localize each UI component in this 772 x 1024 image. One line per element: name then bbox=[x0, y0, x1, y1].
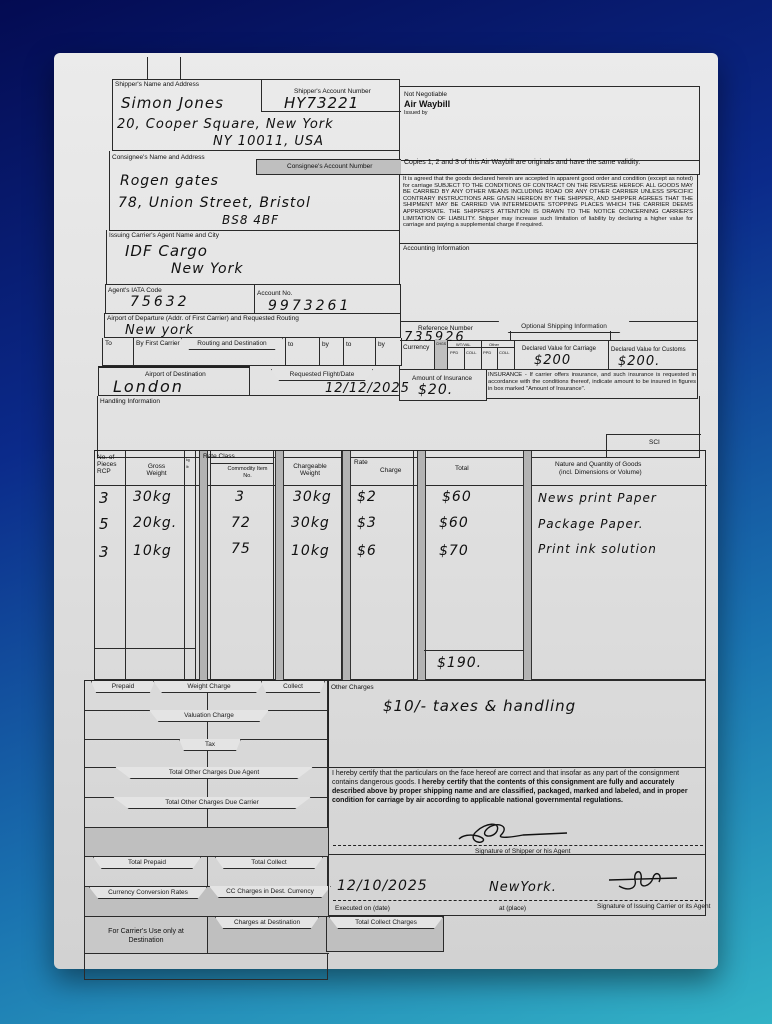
total-collect-tab: Total Collect bbox=[215, 857, 323, 869]
cell-total[interactable]: $70 bbox=[439, 543, 469, 559]
col-divider bbox=[195, 451, 196, 681]
divider bbox=[254, 284, 255, 313]
charges-section: Prepaid Weight Charge Collect Valuation … bbox=[84, 680, 328, 980]
cell-gross[interactable]: 30kg bbox=[133, 489, 172, 505]
currency-row: Currency CHGS WT/VAL Other PPD COLL PPD … bbox=[400, 340, 698, 370]
divider bbox=[481, 340, 482, 369]
divider bbox=[285, 338, 286, 365]
total-prepaid-tab: Total Prepaid bbox=[93, 857, 201, 869]
tax-tab: Tax bbox=[179, 739, 241, 751]
consignee-label: Consignee's Name and Address bbox=[112, 154, 205, 161]
total-collect-charges-cell: Total Collect Charges bbox=[326, 916, 444, 952]
header-total: Total bbox=[455, 465, 469, 472]
rate-class-divider bbox=[210, 463, 273, 464]
chgs-cell: CHGS bbox=[434, 340, 448, 369]
cell-pieces[interactable]: 3 bbox=[99, 489, 110, 507]
collect-tab: Collect bbox=[261, 681, 325, 693]
conditions-text: It is agreed that the goods declared her… bbox=[403, 176, 693, 229]
agent-label: Issuing Carrier's Agent Name and City bbox=[109, 232, 219, 239]
departure-label: Airport of Departure (Addr. of First Car… bbox=[107, 315, 299, 322]
gray-bar bbox=[523, 451, 532, 681]
consignee-address-line1[interactable]: 78, Union Street, Bristol bbox=[118, 195, 311, 211]
header-nature-sub: (incl. Dimensions or Volume) bbox=[559, 469, 642, 476]
executed-date[interactable]: 12/10/2025 bbox=[337, 878, 428, 894]
declared-carriage-value[interactable]: $200 bbox=[534, 353, 571, 368]
header-rate-class: Rate Class bbox=[203, 453, 235, 460]
destination-value[interactable]: London bbox=[113, 377, 184, 396]
conditions-box: It is agreed that the goods declared her… bbox=[400, 174, 698, 244]
awb-title: Air Waybill bbox=[404, 99, 450, 109]
binder-mark bbox=[180, 57, 181, 79]
divider bbox=[464, 347, 465, 369]
shipper-account-value[interactable]: HY73221 bbox=[284, 94, 359, 112]
accounting-info-box: Accounting Information bbox=[400, 243, 698, 322]
shipper-address-line2[interactable]: NY 10011, USA bbox=[213, 134, 324, 149]
wtval-coll: COLL bbox=[466, 349, 476, 356]
flight-date-tab: Requested Flight/Date bbox=[271, 369, 373, 381]
other-charges-carrier-tab: Total Other Charges Due Carrier bbox=[113, 797, 311, 809]
consignee-address-line2[interactable]: BS8 4BF bbox=[222, 213, 279, 227]
currency-label: Currency bbox=[403, 344, 429, 351]
cell-pieces[interactable]: 5 bbox=[99, 515, 110, 533]
cc-charges-tab: CC Charges in Dest. Currency bbox=[209, 886, 331, 898]
cell-chargeable[interactable]: 30kg bbox=[293, 489, 332, 505]
agent-section: Issuing Carrier's Agent Name and City ID… bbox=[106, 230, 400, 285]
cell-chargeable[interactable]: 30kg bbox=[291, 515, 330, 531]
other-charges-value[interactable]: $10/- taxes & handling bbox=[383, 697, 576, 715]
iata-code[interactable]: 75632 bbox=[130, 294, 190, 310]
header-pieces: No. of Pieces RCP bbox=[97, 454, 125, 475]
cell-commodity[interactable]: 75 bbox=[231, 541, 251, 557]
other-charges-box: Other Charges $10/- taxes & handling bbox=[328, 680, 706, 768]
insurance-note-box: INSURANCE - If carrier offers insurance,… bbox=[486, 369, 698, 399]
agent-city[interactable]: New York bbox=[171, 261, 243, 277]
carrier-use-cell: For Carrier's Use only at Destination bbox=[85, 917, 207, 953]
carrier-use-label: For Carrier's Use only at Destination bbox=[93, 927, 199, 945]
insurance-note: INSURANCE - If carrier offers insurance,… bbox=[488, 372, 696, 393]
agent-account-value[interactable]: 9973261 bbox=[268, 298, 351, 314]
routing-to2: to bbox=[288, 341, 293, 348]
divider bbox=[85, 953, 329, 954]
routing-row: To By First Carrier Routing and Destinat… bbox=[102, 338, 402, 366]
executed-place[interactable]: NewYork. bbox=[489, 880, 557, 895]
col-divider bbox=[273, 451, 274, 681]
total-divider bbox=[424, 650, 524, 651]
carrier-signature bbox=[607, 866, 687, 894]
signature-line bbox=[333, 845, 703, 846]
accounting-label: Accounting Information bbox=[403, 245, 469, 252]
total-collect-charges-tab: Total Collect Charges bbox=[329, 917, 443, 929]
cell-nature[interactable]: Package Paper. bbox=[538, 517, 644, 531]
cell-commodity[interactable]: 72 bbox=[231, 515, 251, 531]
issued-by-label: Issued by bbox=[404, 110, 428, 117]
air-waybill-document: Shipper's Name and Address Shipper's Acc… bbox=[54, 53, 718, 969]
divider bbox=[497, 347, 498, 369]
other-coll: COLL bbox=[499, 349, 509, 356]
routing-to3: to bbox=[346, 341, 351, 348]
col-divider bbox=[210, 451, 211, 681]
cell-gross[interactable]: 20kg. bbox=[133, 515, 177, 531]
executed-date-label: Executed on (date) bbox=[335, 905, 390, 912]
shipper-section: Shipper's Name and Address Shipper's Acc… bbox=[112, 79, 400, 151]
consignee-account-box: Consignee's Account Number bbox=[256, 159, 401, 175]
divider bbox=[319, 338, 320, 365]
sci-label: SCI bbox=[649, 439, 660, 446]
currency-conversion-tab: Currency Conversion Rates bbox=[89, 887, 207, 899]
certification-text: I hereby certify that the particulars on… bbox=[332, 769, 704, 805]
not-negotiable-label: Not Negotiable bbox=[404, 91, 447, 98]
valuation-charge-tab: Valuation Charge bbox=[149, 710, 269, 722]
chgs-label: CHGS bbox=[436, 341, 446, 348]
divider bbox=[343, 338, 344, 365]
executed-place-label: at (place) bbox=[499, 905, 526, 912]
copies-note: Copies 1, 2 and 3 of this Air Waybill ar… bbox=[404, 159, 640, 166]
wtval-ppd: PPD bbox=[450, 349, 458, 356]
cell-total[interactable]: $60 bbox=[439, 515, 469, 531]
routing-by2: by bbox=[322, 341, 329, 348]
header-chargeable: Chargeable Weight bbox=[285, 463, 335, 477]
gray-bar bbox=[275, 451, 284, 681]
shipper-name[interactable]: Simon Jones bbox=[121, 94, 224, 112]
divider bbox=[375, 338, 376, 365]
handling-section: Handling Information SCI bbox=[97, 396, 700, 458]
binder-mark bbox=[147, 57, 148, 79]
agent-account-label: Account No. bbox=[257, 290, 292, 297]
by-first-carrier-label: By First Carrier bbox=[136, 340, 180, 347]
prepaid-tab: Prepaid bbox=[91, 681, 155, 693]
col-divider bbox=[413, 451, 414, 681]
cell-gross[interactable]: 10kg bbox=[133, 543, 172, 559]
col-divider bbox=[184, 451, 185, 681]
reference-row: Reference Number 735926 Optional Shippin… bbox=[400, 321, 698, 341]
cell-nature[interactable]: Print ink solution bbox=[538, 542, 657, 556]
header-commodity: Commodity Item No. bbox=[225, 466, 270, 480]
divider bbox=[608, 340, 609, 369]
flight-box: Requested Flight/Date 12/12/2025 bbox=[249, 366, 400, 396]
shipper-account-box: Shipper's Account Number HY73221 bbox=[261, 80, 401, 112]
routing-destination-tab: Routing and Destination bbox=[181, 338, 283, 350]
cell-total[interactable]: $60 bbox=[442, 489, 472, 505]
col-divider bbox=[125, 451, 126, 681]
goods-table: No. of Pieces RCP Gross Weight kg lb Rat… bbox=[94, 450, 706, 680]
carrier-signature-label: Signature of Issuing Carrier or its Agen… bbox=[597, 903, 710, 910]
gray-bar bbox=[417, 451, 426, 681]
cell-nature[interactable]: News print Paper bbox=[538, 491, 657, 505]
departure-value[interactable]: New york bbox=[125, 323, 194, 338]
execution-box: 12/10/2025 NewYork. Executed on (date) a… bbox=[328, 854, 706, 916]
shipper-signature bbox=[457, 817, 577, 847]
departure-section: Airport of Departure (Addr. of First Car… bbox=[104, 313, 401, 338]
header-kg-lb: kg lb bbox=[186, 457, 192, 471]
consignee-account-label: Consignee's Account Number bbox=[287, 163, 372, 170]
shipper-address-line1[interactable]: 20, Cooper Square, New York bbox=[117, 117, 334, 132]
copies-note-box: Copies 1, 2 and 3 of this Air Waybill ar… bbox=[400, 148, 700, 175]
consignee-section: Consignee's Name and Address Consignee's… bbox=[109, 151, 400, 231]
consignee-name[interactable]: Rogen gates bbox=[120, 173, 219, 189]
divider bbox=[133, 338, 134, 365]
header-rate: Rate bbox=[354, 459, 368, 466]
gray-bar bbox=[199, 451, 208, 681]
header-divider bbox=[95, 485, 707, 486]
weight-charge-tab: Weight Charge bbox=[153, 681, 265, 693]
declared-customs-value[interactable]: $200. bbox=[618, 354, 660, 369]
routing-to-label: To bbox=[105, 340, 112, 347]
divider bbox=[514, 340, 515, 369]
pieces-total-divider bbox=[95, 648, 195, 649]
certification-box: I hereby certify that the particulars on… bbox=[328, 767, 706, 855]
declared-customs-label: Declared Value for Customs bbox=[611, 347, 686, 354]
grand-total[interactable]: $190. bbox=[437, 655, 482, 671]
cell-rate[interactable]: $2 bbox=[357, 489, 377, 505]
cell-chargeable[interactable]: 10kg bbox=[291, 543, 330, 559]
cell-pieces[interactable]: 3 bbox=[99, 543, 110, 561]
other-charges-label: Other Charges bbox=[331, 684, 374, 691]
declared-carriage-label: Declared Value for Carriage bbox=[522, 346, 596, 353]
flight-date-value[interactable]: 12/12/2025 bbox=[325, 381, 410, 396]
header-charge: Charge bbox=[380, 467, 401, 474]
routing-by3: by bbox=[378, 341, 385, 348]
shipper-label: Shipper's Name and Address bbox=[115, 81, 199, 88]
shaded-row bbox=[85, 827, 329, 857]
iata-label: Agent's IATA Code bbox=[108, 287, 162, 294]
charges-destination-tab: Charges at Destination bbox=[215, 917, 319, 929]
insurance-label: Amount of Insurance bbox=[412, 375, 472, 382]
gray-bar bbox=[342, 451, 351, 681]
cell-commodity[interactable]: 3 bbox=[235, 489, 245, 505]
cell-rate[interactable]: $3 bbox=[357, 515, 377, 531]
other-ppd: PPD bbox=[483, 349, 491, 356]
agent-name[interactable]: IDF Cargo bbox=[125, 242, 208, 260]
header-gross-weight: Gross Weight bbox=[139, 463, 174, 477]
cell-rate[interactable]: $6 bbox=[357, 543, 377, 559]
execution-line bbox=[333, 900, 703, 901]
other-charges-agent-tab: Total Other Charges Due Agent bbox=[115, 767, 313, 779]
destination-box: Airport of Destination London bbox=[98, 366, 250, 396]
header-nature: Nature and Quantity of Goods bbox=[555, 461, 641, 468]
handling-label: Handling Information bbox=[100, 398, 160, 405]
agent-codes-row: Agent's IATA Code 75632 Account No. 9973… bbox=[105, 284, 401, 314]
